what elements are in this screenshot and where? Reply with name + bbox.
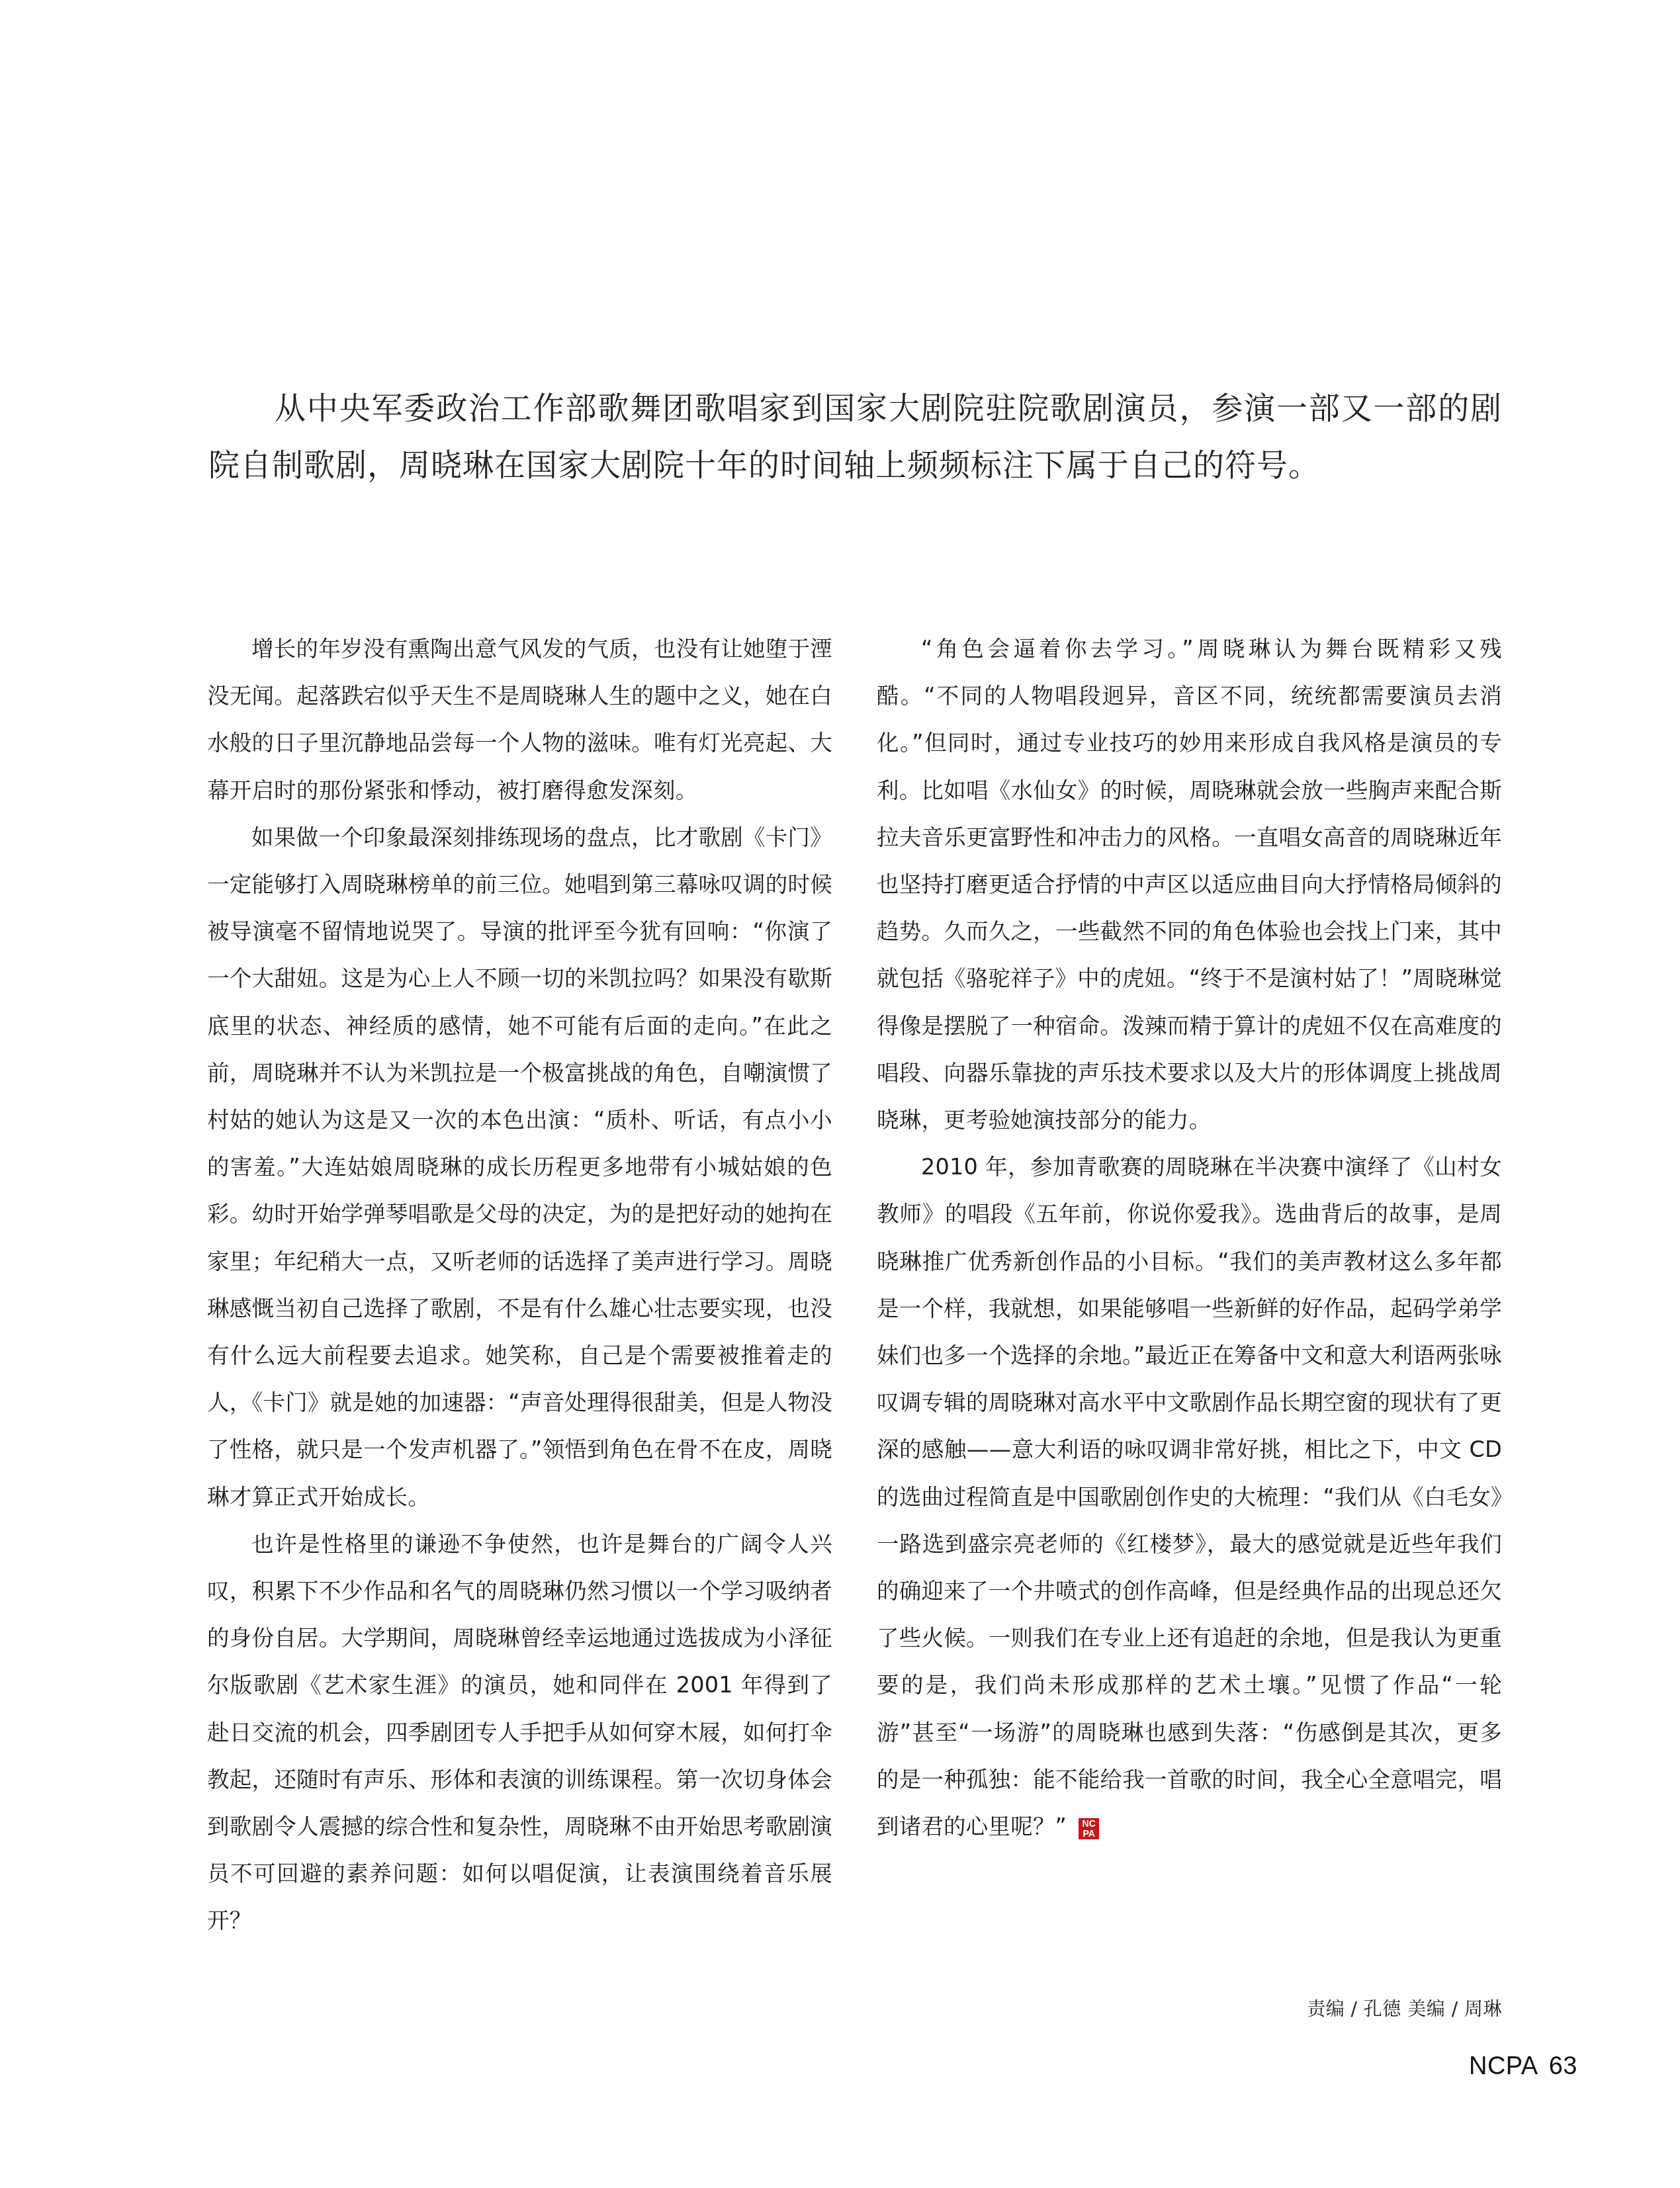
paragraph: 也许是性格里的谦逊不争使然，也许是舞台的广阔令人兴叹，积累下不少作品和名气的周晓… xyxy=(207,1520,832,1945)
paragraph: 如果做一个印象最深刻排练现场的盘点，比才歌剧《卡门》一定能够打入周晓琳榜单的前三… xyxy=(207,814,832,1520)
magazine-name: NCPA xyxy=(1469,2052,1538,2080)
ncpa-end-mark-icon: NCPA xyxy=(1079,1818,1099,1839)
article-column-right: “角色会逼着你去学习。”周晓琳认为舞台既精彩又残酷。“不同的人物唱段迥异，音区不… xyxy=(877,625,1502,1850)
paragraph: 2010 年，参加青歌赛的周晓琳在半决赛中演绎了《山村女教师》的唱段《五年前，你… xyxy=(877,1143,1502,1850)
paragraph: 增长的年岁没有熏陶出意气风发的气质，也没有让她堕于湮没无闻。起落跌宕似乎天生不是… xyxy=(207,625,832,814)
paragraph: “角色会逼着你去学习。”周晓琳认为舞台既精彩又残酷。“不同的人物唱段迥异，音区不… xyxy=(877,625,1502,1143)
editor-credits: 责编 / 孔德 美编 / 周琳 xyxy=(1307,1995,1502,2021)
page-number: 63 xyxy=(1549,2052,1577,2080)
page-folio: NCPA63 xyxy=(1469,2052,1577,2081)
article-deck: 从中央军委政治工作部歌舞团歌唱家到国家大剧院驻院歌剧演员，参演一部又一部的剧院自… xyxy=(208,380,1502,494)
article-column-left: 增长的年岁没有熏陶出意气风发的气质，也没有让她堕于湮没无闻。起落跌宕似乎天生不是… xyxy=(207,625,832,1945)
paragraph-text: 2010 年，参加青歌赛的周晓琳在半决赛中演绎了《山村女教师》的唱段《五年前，你… xyxy=(877,1154,1502,1839)
deck-text: 从中央军委政治工作部歌舞团歌唱家到国家大剧院驻院歌剧演员，参演一部又一部的剧院自… xyxy=(208,380,1502,494)
